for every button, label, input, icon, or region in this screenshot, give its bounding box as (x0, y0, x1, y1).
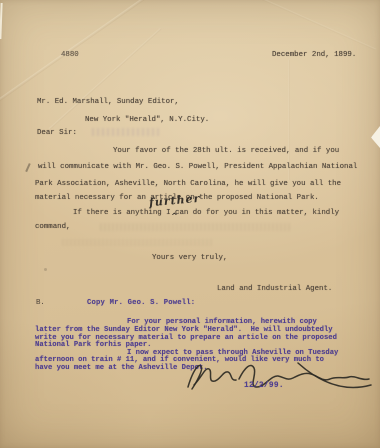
ink-ghost-smudge (92, 128, 162, 136)
paper-crease (238, 0, 376, 50)
pencil-mark (25, 163, 30, 172)
copy-line: For your personal information, herewith … (127, 318, 317, 326)
handwritten-signature (180, 356, 375, 398)
recipient-address-line: New York "Herald", N.Y.City. (85, 116, 209, 125)
pencil-mark (44, 268, 47, 271)
recipient-name-line: Mr. Ed. Marshall, Sunday Editor, (37, 98, 179, 107)
copy-initial: B. (36, 299, 45, 307)
date-line: December 2nd, 1899. (272, 51, 356, 60)
closing-line: Yours very truly, (152, 254, 227, 263)
torn-edge-notch (371, 126, 380, 148)
insertion-caret-icon: ^ (171, 211, 178, 221)
copy-heading: Copy Mr. Geo. S. Powell: (87, 299, 195, 307)
date-stamp: 12/2/99. (244, 382, 284, 390)
body-line: If there is anything I can do for you in… (73, 209, 339, 218)
ink-ghost-smudge (100, 223, 290, 231)
body-line: Park Association, Asheville, North Carol… (35, 180, 341, 189)
paper-edge-sliver (0, 3, 3, 39)
signer-title: Land and Industrial Agent. (217, 285, 332, 294)
letter-page: 4880 December 2nd, 1899. Mr. Ed. Marshal… (0, 0, 380, 448)
salutation: Dear Sir: (37, 129, 77, 138)
body-line: will communicate with Mr. Geo. S. Powell… (38, 163, 357, 172)
body-line: command, (35, 223, 70, 232)
body-line: Your favor of the 28th ult. is received,… (113, 147, 339, 156)
ink-ghost-smudge (62, 239, 212, 246)
paper-crease (288, 60, 290, 180)
ref-number: 4880 (61, 51, 79, 60)
paper-crease (49, 28, 162, 130)
